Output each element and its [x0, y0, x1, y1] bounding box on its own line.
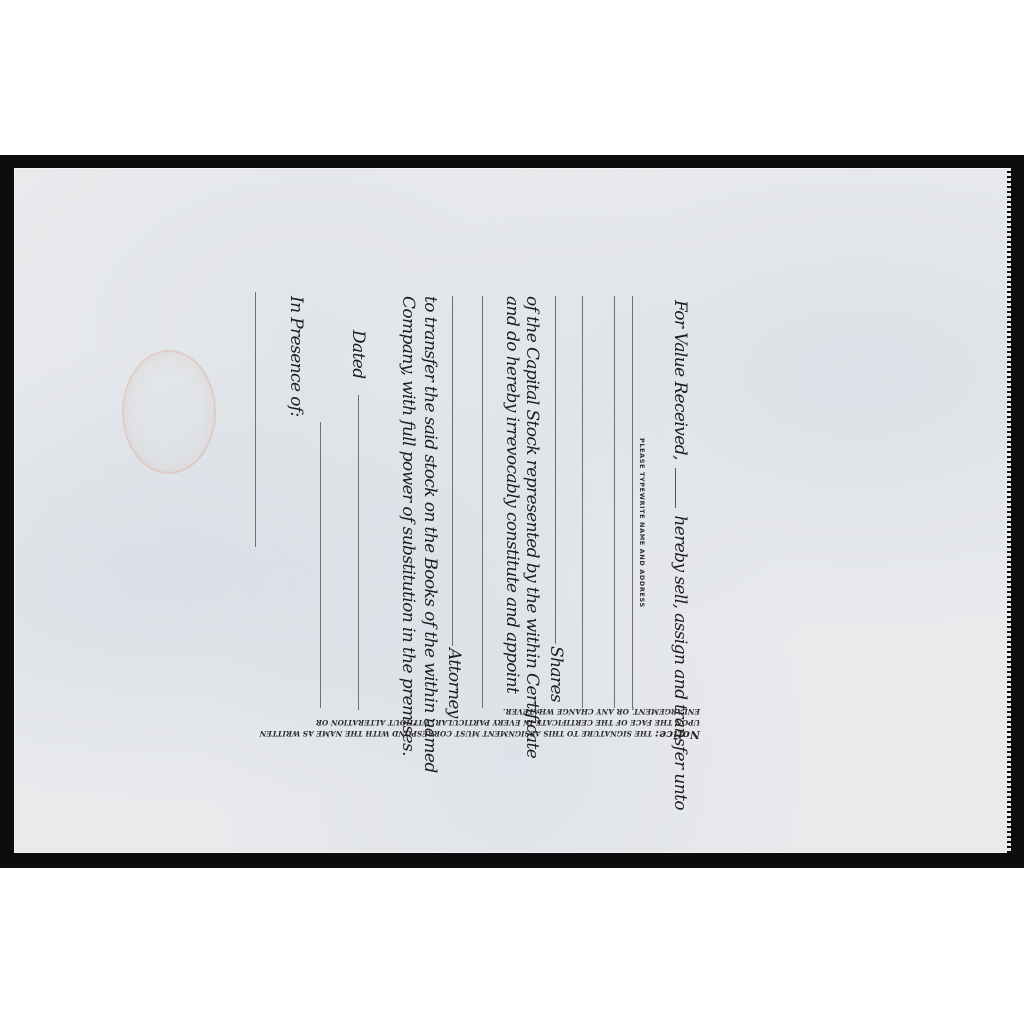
presence-label: In Presence of:: [286, 296, 306, 417]
attorney-line-2: [452, 296, 453, 646]
assignee-line-3: [582, 296, 583, 708]
for-value-blank: [675, 468, 676, 508]
shares-label: Shares: [546, 646, 566, 702]
notice-lead: Notice:: [655, 728, 700, 741]
perforated-edge: [1007, 168, 1011, 853]
witness-line: [320, 422, 321, 708]
attorney-line-1: [482, 296, 483, 708]
company-text: Company, with full power of substitution…: [398, 296, 418, 756]
assignee-line-1: [632, 296, 633, 708]
hereby-label: hereby sell, assign and transfer unto: [670, 515, 690, 810]
for-value-label: For Value Received,: [670, 300, 690, 460]
assignee-line-2: [614, 296, 615, 708]
typewrite-note: PLEASE TYPEWRITE NAME AND ADDRESS: [638, 438, 646, 608]
dated-line: [358, 395, 359, 710]
seal-watermark: [122, 350, 216, 474]
capital-stock-text: of the Capital Stock represented by the …: [522, 296, 542, 758]
notice-text: Notice: The signature to this assignment…: [255, 706, 700, 740]
appoint-text: and do hereby irrevocably constitute and…: [502, 296, 522, 693]
presence-line: [255, 292, 256, 547]
dated-label: Dated: [348, 330, 368, 379]
shares-line: [555, 296, 556, 644]
notice-body: The signature to this assignment must co…: [260, 707, 700, 738]
transfer-text: to transfer the said stock on the Books …: [420, 296, 440, 773]
